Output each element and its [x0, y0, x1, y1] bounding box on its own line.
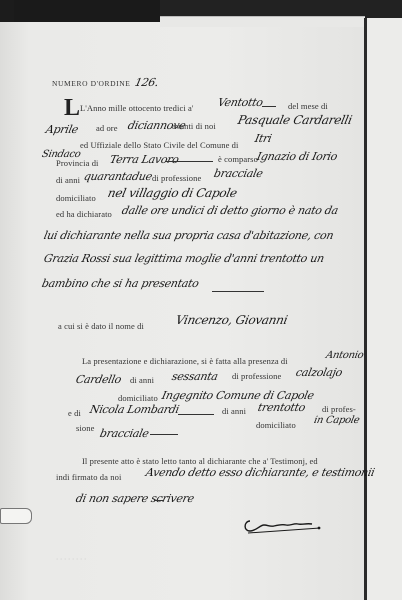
fill-line — [262, 106, 276, 107]
hw-witness2-residence: in Capole — [313, 415, 361, 426]
printed-closing-1: Il presente atto è stato letto tanto al … — [82, 456, 318, 466]
printed-hour-label: ad ore — [96, 123, 118, 133]
hw-witness2-profession: bracciale — [99, 427, 150, 440]
page-top-edge — [160, 16, 365, 27]
hw-declaration-4: bambino che si ha presentato — [41, 277, 200, 290]
fill-line — [212, 291, 264, 292]
printed-witness1-profession-label: di professione — [232, 371, 281, 381]
hw-closing-1: Avendo detto esso dichiarante, e testimo… — [145, 466, 376, 479]
hw-declaration-2: lui dichiarante nella sua propria casa d… — [43, 229, 335, 242]
drop-cap-L: L — [64, 96, 80, 120]
printed-witness2-age-label: di anni — [222, 406, 246, 416]
hw-declaration-3: Grazia Rossi sua legittima moglie d'anni… — [43, 252, 326, 265]
printed-witness1-residence-label: domiciliato — [118, 393, 158, 403]
hw-witness1-first: Antonio — [325, 350, 365, 361]
printed-profession-suffix: sione — [76, 423, 94, 433]
printed-witness1-age-label: di anni — [130, 375, 154, 385]
hw-month: Aprile — [45, 123, 80, 136]
hw-comune: Itri — [254, 132, 273, 145]
hw-witness1-last: Cardello — [75, 373, 123, 386]
hw-declarant-age: quarantadue — [83, 170, 154, 183]
hw-witness1-profession: calzolajo — [295, 366, 344, 379]
printed-witness2-profession-label: di profes- — [322, 404, 356, 414]
hw-witness2-name: Nicola Lombardi — [89, 403, 181, 416]
fill-line — [154, 500, 164, 501]
hw-declaration-1: dalle ore undici di detto giorno è nato … — [121, 204, 340, 217]
printed-witness-intro: La presentazione e dichiarazione, si è f… — [82, 356, 288, 366]
hw-province: Terra Lavoro — [109, 153, 180, 166]
hw-declarant-residence: nel villaggio di Capole — [107, 186, 239, 200]
printed-province-label: Provincia di — [56, 158, 99, 168]
printed-year-phrase: L'Anno mille ottocento tredici a' — [80, 103, 194, 113]
hw-witness2-age: trentotto — [257, 401, 307, 414]
bleed-through-text: · · · · · · · · — [56, 555, 86, 564]
officer-signature — [242, 517, 324, 535]
printed-appeared-label: è comparso — [218, 154, 258, 164]
order-number: 126. — [134, 76, 160, 89]
hw-witness1-age: sessanta — [171, 370, 219, 383]
hw-day: Ventotto — [217, 96, 264, 109]
hw-officer-name: Pasquale Cardarelli — [237, 113, 354, 127]
fill-line — [178, 414, 214, 415]
printed-age-label: di anni — [56, 175, 80, 185]
printed-month-label: del mese di — [288, 101, 328, 111]
hw-declarant: Ignazio di Iorio — [256, 150, 339, 163]
printed-before-us: avanti di noi — [172, 121, 216, 131]
order-number-label: NUMERO D'ORDINE — [52, 79, 130, 88]
printed-witness2-residence-label: domiciliato — [256, 420, 296, 430]
fill-line — [150, 434, 178, 435]
fill-line — [165, 161, 213, 162]
printed-and-of: e di — [68, 408, 81, 418]
printed-declared-label: ed ha dichiarato — [56, 209, 112, 219]
facing-page — [367, 18, 402, 600]
printed-name-label: a cui si è dato il nome di — [58, 321, 144, 331]
paper-fold — [0, 508, 32, 524]
printed-officer-line: ed Uffiziale dello Stato Civile del Comu… — [80, 140, 239, 150]
printed-closing-2: indi firmato da noi — [56, 472, 121, 482]
hw-declarant-profession: bracciale — [213, 167, 264, 180]
scanned-document: NUMERO D'ORDINE 126. L L'Anno mille otto… — [0, 0, 402, 600]
printed-profession-label: di professione — [152, 173, 201, 183]
hw-child-name: Vincenzo, Giovanni — [175, 313, 289, 327]
hw-closing-2: di non sapere scrivere — [75, 492, 196, 505]
printed-residence-label: domiciliato — [56, 193, 96, 203]
